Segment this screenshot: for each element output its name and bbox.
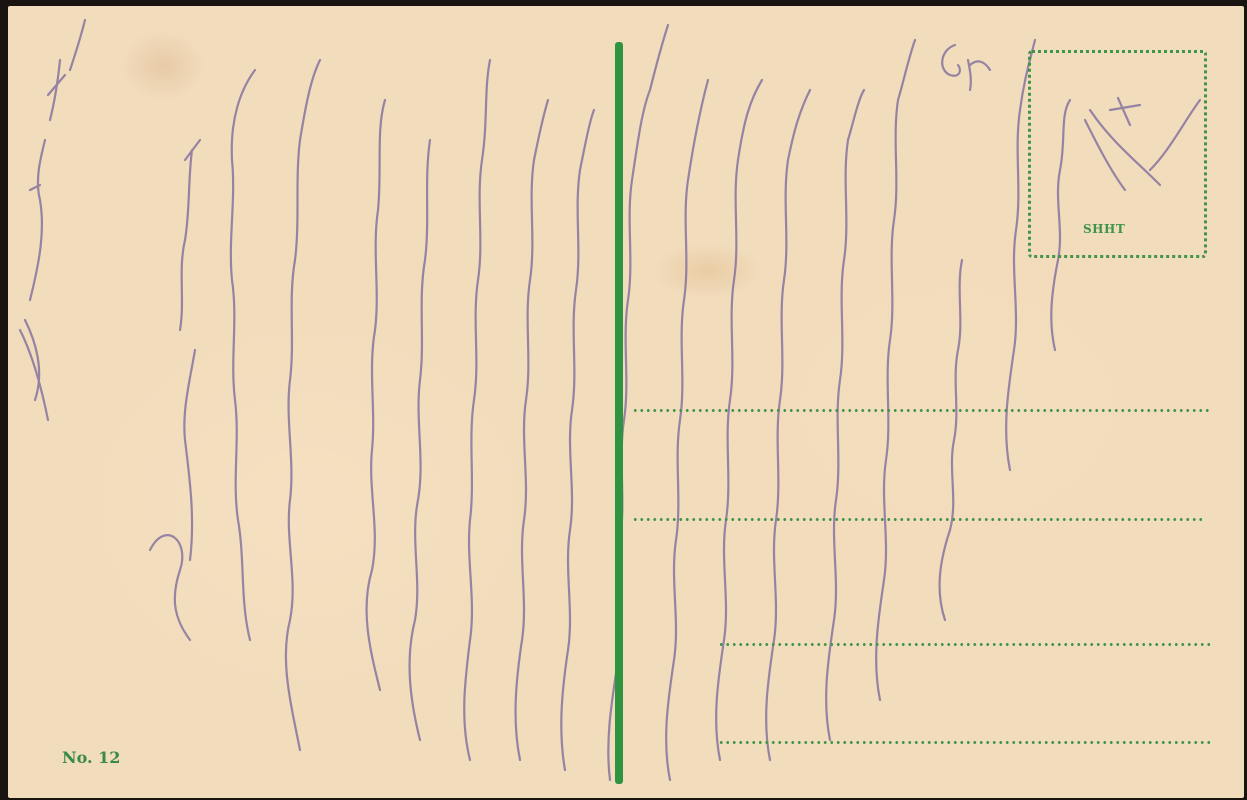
address-line-3 <box>718 643 1212 646</box>
address-line-1 <box>632 409 1210 412</box>
handwriting-line-11 <box>666 80 708 780</box>
stamp-box-label: SHHT <box>1083 222 1125 236</box>
handwriting-line-9 <box>561 110 594 770</box>
card-number: No. 12 <box>62 748 120 767</box>
handwriting-line-4 <box>286 60 320 750</box>
vertical-divider <box>615 42 623 784</box>
handwriting-line-15 <box>876 40 915 700</box>
handwriting-line-12 <box>716 80 762 760</box>
handwriting-line-8 <box>516 100 548 760</box>
handwriting-line-5 <box>367 100 385 690</box>
address-line-4 <box>718 741 1212 744</box>
handwriting-date-line <box>20 20 85 420</box>
handwriting-corner-mark <box>942 45 990 90</box>
handwriting-closing-line-1 <box>940 260 962 620</box>
handwriting-line-6 <box>410 140 430 740</box>
handwriting-line-3 <box>231 70 255 640</box>
handwriting-salutation <box>150 140 200 640</box>
address-line-2 <box>632 518 1204 521</box>
handwriting-line-7 <box>464 60 490 760</box>
handwriting-line-13 <box>766 90 810 760</box>
